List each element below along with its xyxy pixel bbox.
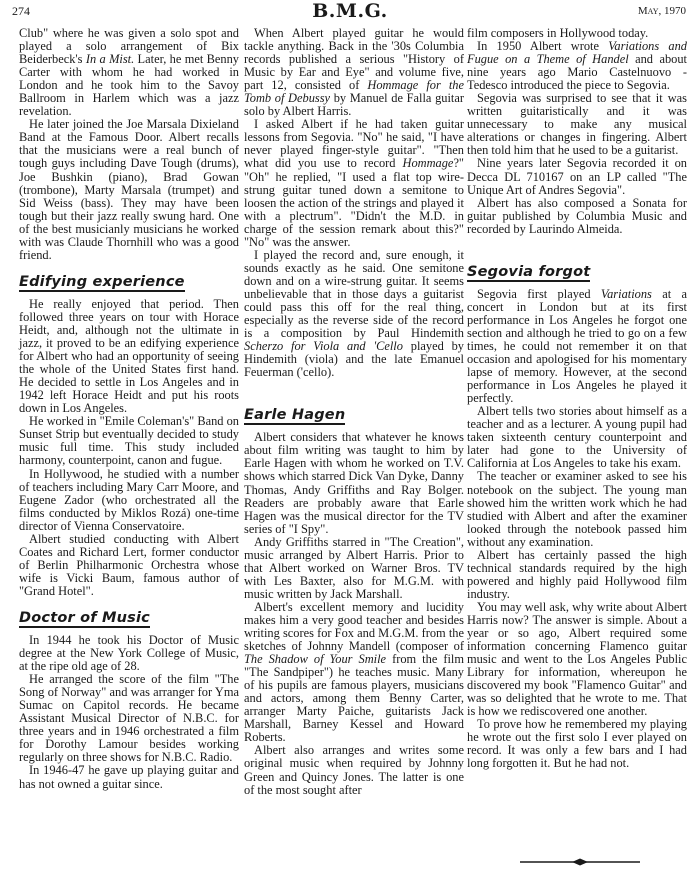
paragraph: Club" where he was given a solo spot and… (19, 27, 239, 118)
page-header: 274 B.M.G. May, 1970 (0, 0, 700, 24)
end-of-article-ornament-icon (520, 858, 640, 866)
paragraph: He really enjoyed that period. Then foll… (19, 298, 239, 415)
column-2: When Albert played guitar he would tackl… (244, 27, 464, 797)
section-heading: Segovia forgot (467, 266, 590, 282)
magazine-title: B.M.G. (0, 0, 700, 22)
paragraph: He arranged the score of the film "The S… (19, 673, 239, 764)
paragraph: Albert's excellent memory and lucidity m… (244, 601, 464, 745)
paragraph: Segovia first played Variations at a con… (467, 288, 687, 405)
section-heading: Earle Hagen (244, 409, 345, 425)
paragraph: Albert tells two stories about himself a… (467, 405, 687, 470)
column-3: film composers in Hollywood today. In 19… (467, 27, 687, 771)
paragraph: You may well ask, why write about Albert… (467, 601, 687, 718)
issue-date: May, 1970 (638, 5, 686, 17)
paragraph: In 1950 Albert wrote Variations and Fugu… (467, 40, 687, 92)
paragraph: Andy Griffiths starred in "The Creation"… (244, 536, 464, 601)
paragraph: The teacher or examiner asked to see his… (467, 470, 687, 548)
paragraph: I played the record and, sure enough, it… (244, 249, 464, 379)
paragraph: In 1946-47 he gave up playing guitar and… (19, 764, 239, 790)
paragraph: Albert also arranges and writes some ori… (244, 744, 464, 796)
paragraph: Albert has certainly passed the high tec… (467, 549, 687, 601)
paragraph: Albert studied conducting with Albert Co… (19, 533, 239, 598)
paragraph: To prove how he remembered my playing he… (467, 718, 687, 770)
paragraph: In 1944 he took his Doctor of Music degr… (19, 634, 239, 673)
paragraph: In Hollywood, he studied with a number o… (19, 468, 239, 533)
section-heading: Doctor of Music (19, 612, 150, 628)
paragraph: He later joined the Joe Marsala Dixielan… (19, 118, 239, 262)
paragraph: Nine years later Segovia recorded it on … (467, 157, 687, 196)
paragraph: Albert has also composed a Sonata for gu… (467, 197, 687, 236)
section-heading: Edifying experience (19, 276, 185, 292)
paragraph: He worked in "Emile Coleman's" Band on S… (19, 415, 239, 467)
paragraph: I asked Albert if he had taken guitar le… (244, 118, 464, 248)
paragraph: Segovia was surprised to see that it was… (467, 92, 687, 157)
paragraph: Albert considers that whatever he knows … (244, 431, 464, 535)
magazine-page: 274 B.M.G. May, 1970 Club" where he was … (0, 0, 700, 874)
paragraph: When Albert played guitar he would tackl… (244, 27, 464, 118)
column-1: Club" where he was given a solo spot and… (19, 27, 239, 791)
